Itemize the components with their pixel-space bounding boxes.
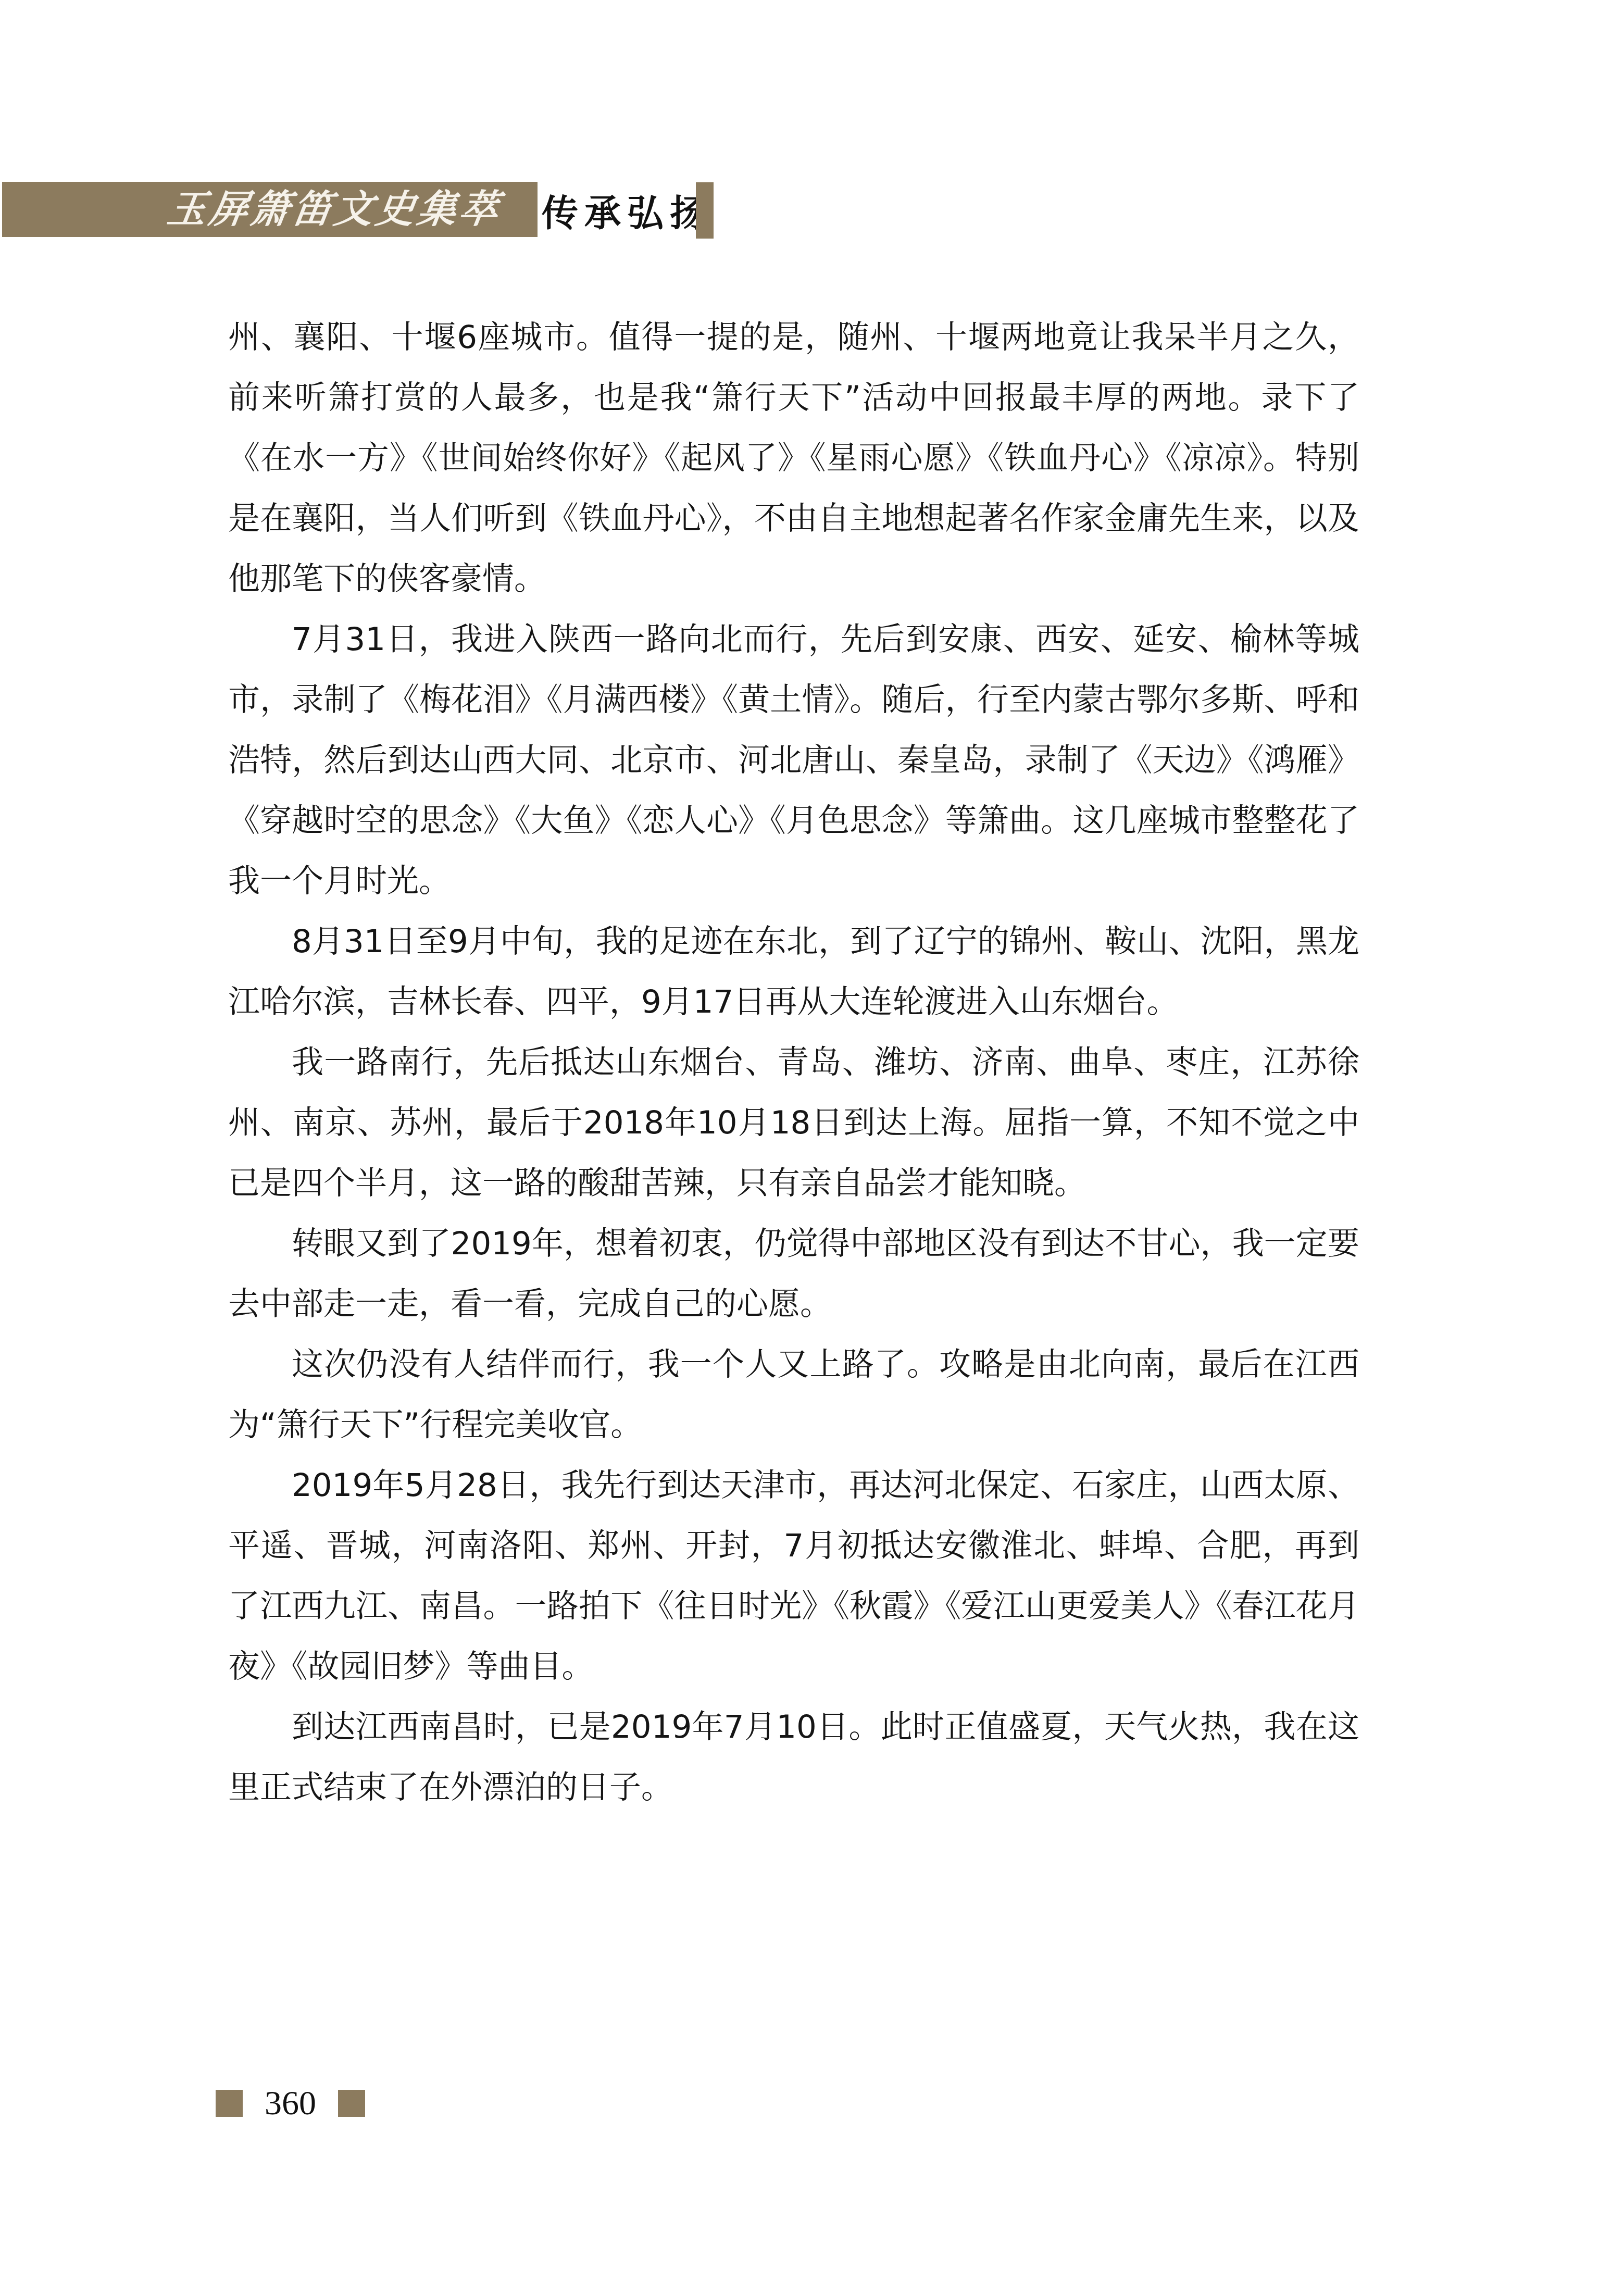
header-accent-bar: [696, 182, 714, 239]
paragraph: 我一路南行，先后抵达山东烟台、青岛、潍坊、济南、曲阜、枣庄，江苏徐州、南京、苏州…: [228, 1032, 1359, 1214]
book-title-calligraphy: 玉屏箫笛文史集萃: [165, 190, 504, 229]
paragraph: 到达江西南昌时，已是2019年7月10日。此时正值盛夏，天气火热，我在这里正式结…: [228, 1697, 1359, 1818]
footer-square-left-icon: [216, 2090, 243, 2117]
section-title: 传承弘扬: [542, 183, 713, 238]
paragraph-continuation: 州、襄阳、十堰6座城市。值得一提的是，随州、十堰两地竟让我呆半月之久，前来听箫打…: [228, 307, 1359, 609]
paragraph: 2019年5月28日，我先行到达天津市，再达河北保定、石家庄，山西太原、平遥、晋…: [228, 1455, 1359, 1697]
footer-square-right-icon: [338, 2090, 365, 2117]
page-number: 360: [265, 2086, 316, 2121]
paragraph: 转眼又到了2019年，想着初衷，仍觉得中部地区没有到达不甘心，我一定要去中部走一…: [228, 1214, 1359, 1335]
article-body: 州、襄阳、十堰6座城市。值得一提的是，随州、十堰两地竟让我呆半月之久，前来听箫打…: [228, 307, 1359, 1818]
paragraph: 8月31日至9月中旬，我的足迹在东北，到了辽宁的锦州、鞍山、沈阳，黑龙江哈尔滨，…: [228, 912, 1359, 1032]
paragraph: 这次仍没有人结伴而行，我一个人又上路了。攻略是由北向南，最后在江西为“箫行天下”…: [228, 1335, 1359, 1455]
paragraph: 7月31日，我进入陕西一路向北而行，先后到安康、西安、延安、榆林等城市，录制了《…: [228, 609, 1359, 912]
running-header-band: 玉屏箫笛文史集萃: [2, 182, 538, 237]
page-footer: 360: [216, 2089, 365, 2118]
